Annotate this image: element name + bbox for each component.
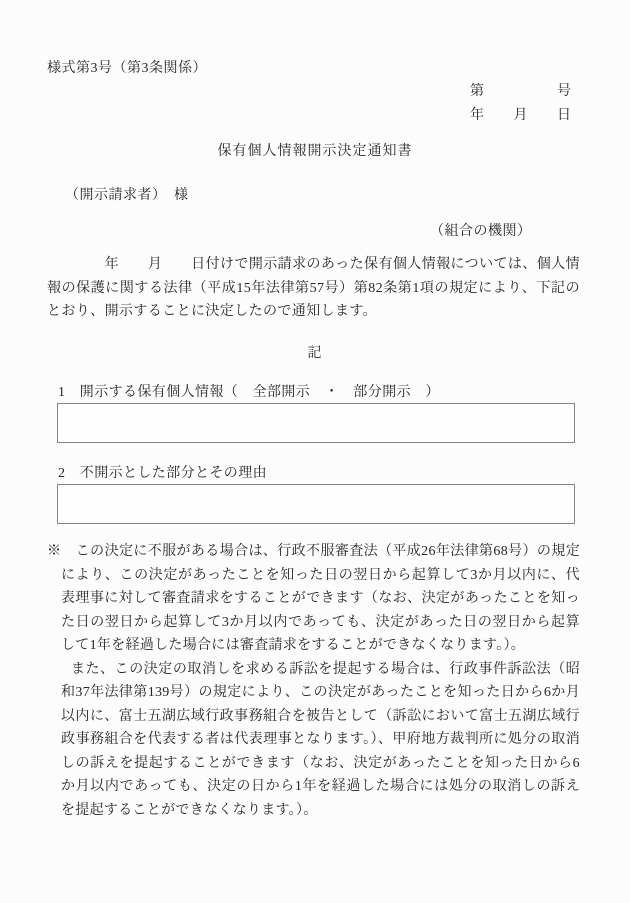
page-title: 保有個人情報開示決定通知書: [0, 140, 630, 164]
requester-line: （開示請求者） 様: [65, 184, 189, 208]
notes-section: ※ この決定に不服がある場合は、行政不服審査法（平成26年法律第68号）の規定に…: [47, 540, 580, 822]
disclosed-info-box[interactable]: [57, 403, 575, 443]
ki-label: 記: [0, 342, 630, 366]
date-line: 年 月 日: [470, 104, 572, 128]
agency-line: （組合の機関）: [430, 220, 532, 244]
document-page: 様式第3号（第3条関係） 第 号 年 月 日 保有個人情報開示決定通知書 （開示…: [0, 0, 630, 903]
item1-heading: 1 開示する保有個人情報（ 全部開示 ・ 部分開示 ）: [58, 381, 440, 405]
form-number: 様式第3号（第3条関係）: [47, 57, 207, 81]
note-paragraph-lawsuit: また、この決定の取消しを求める訴訟を提起する場合は、行政事件訴訟法（昭和37年法…: [47, 658, 580, 823]
document-number-line: 第 号: [470, 80, 572, 104]
note-paragraph-appeal: ※ この決定に不服がある場合は、行政不服審査法（平成26年法律第68号）の規定に…: [47, 540, 580, 658]
nondisclosure-reason-box[interactable]: [57, 484, 575, 524]
body-paragraph: 年 月 日付けで開示請求のあった保有個人情報については、個人情報の保護に関する法…: [47, 253, 580, 324]
item2-heading: 2 不開示とした部分とその理由: [58, 462, 267, 486]
